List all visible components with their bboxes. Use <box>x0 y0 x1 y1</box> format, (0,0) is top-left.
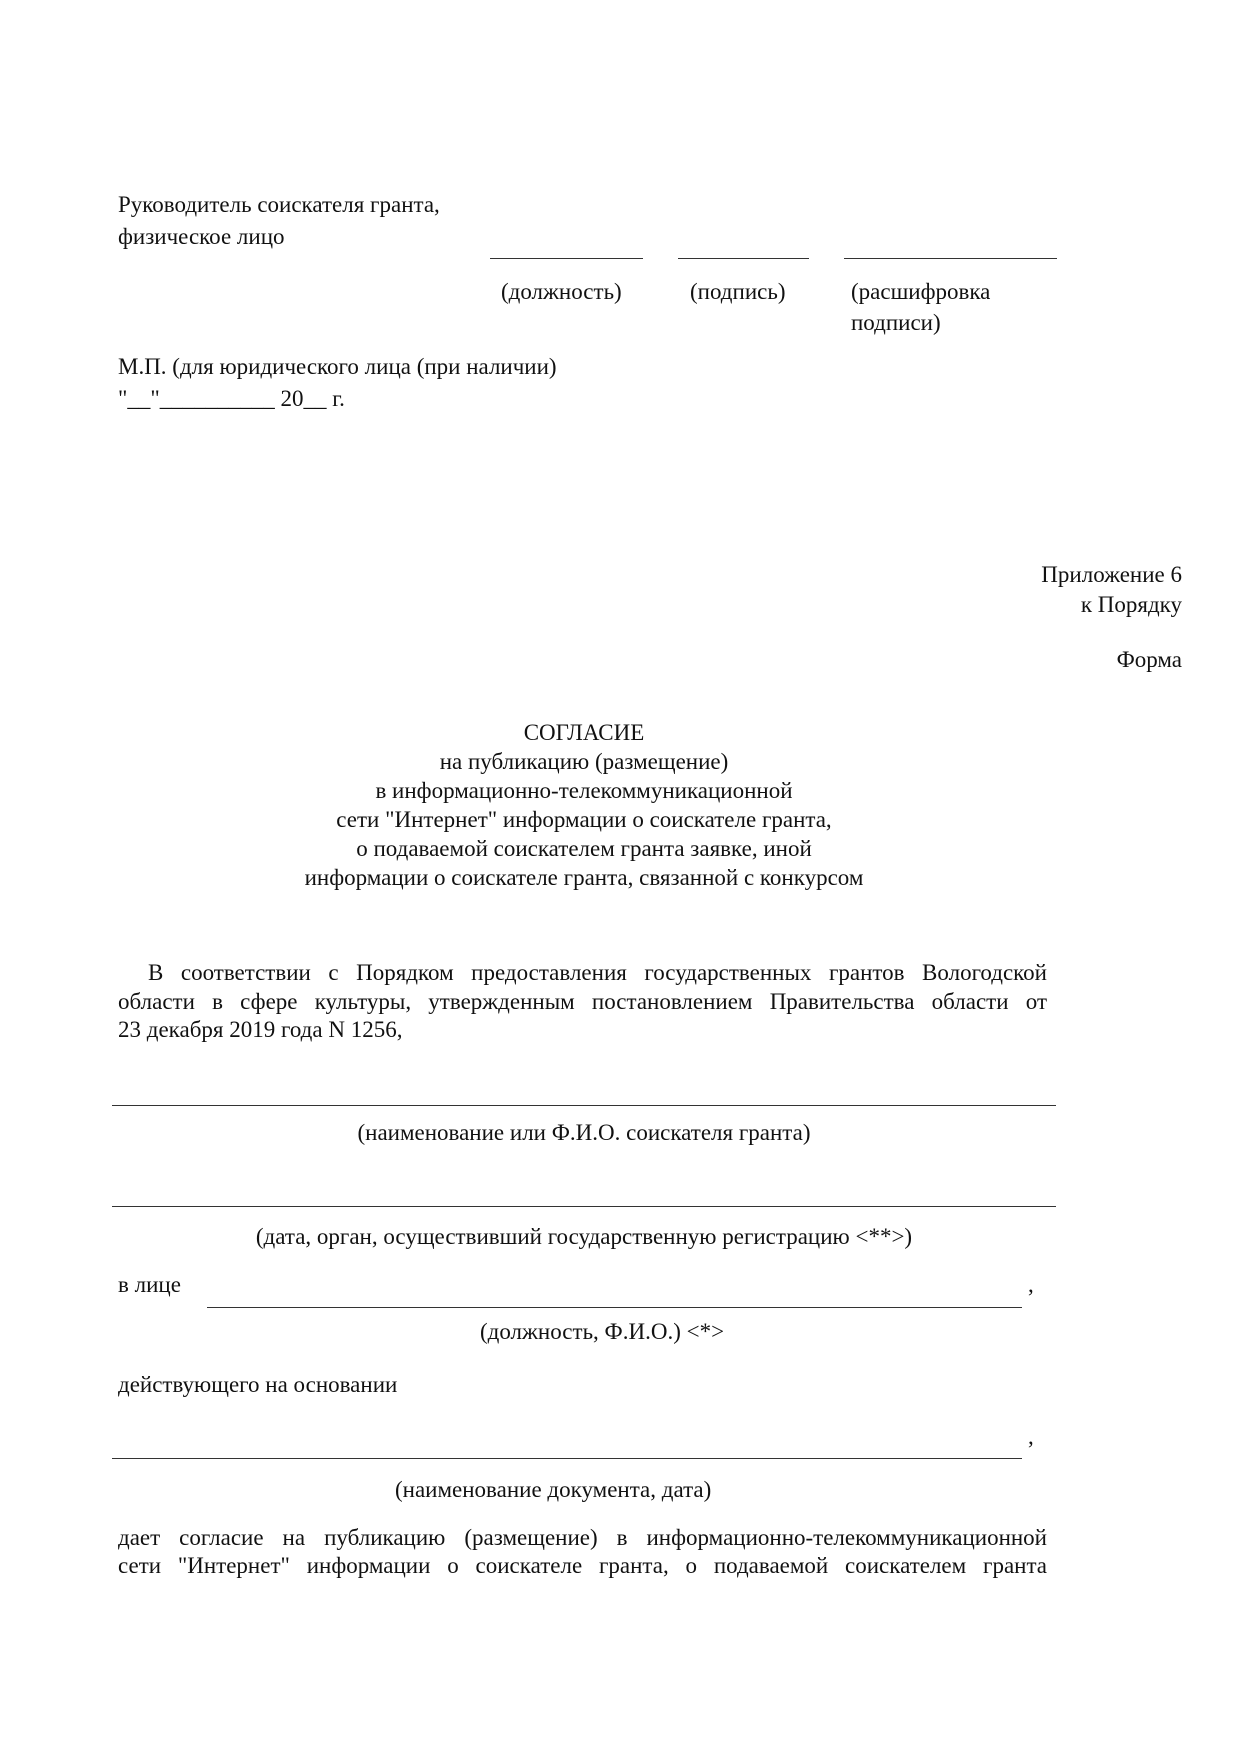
appendix-line2: к Порядку <box>1081 591 1182 619</box>
date-line: "__"__________ 20__ г. <box>118 385 345 413</box>
intro-line: 23 декабря 2019 года N 1256, <box>118 1016 1047 1045</box>
registration-field[interactable] <box>112 1206 1056 1207</box>
represented-by-prefix: в лице <box>118 1271 181 1299</box>
intro-paragraph: В соответствии с Порядком предоставления… <box>118 959 1047 1045</box>
stamp-note: М.П. (для юридического лица (при наличии… <box>118 353 557 381</box>
registration-label: (дата, орган, осуществивший государствен… <box>112 1223 1056 1251</box>
title-main: СОГЛАСИЕ <box>184 718 984 747</box>
document-label: (наименование документа, дата) <box>395 1476 711 1504</box>
decryption-label-line1: (расшифровка <box>851 278 990 306</box>
consent-line: сети "Интернет" информации о соискателе … <box>118 1552 1047 1580</box>
decryption-label-line2: подписи) <box>851 309 941 337</box>
intro-line: области в сфере культуры, утвержденным п… <box>118 988 1047 1017</box>
appendix-line1: Приложение 6 <box>1041 561 1182 589</box>
title-line: о подаваемой соискателем гранта заявке, … <box>184 834 984 863</box>
acting-basis-prefix: действующего на основании <box>118 1371 397 1399</box>
position-signature-line[interactable] <box>490 258 643 259</box>
position-label: (должность) <box>501 278 622 306</box>
acting-basis-field[interactable] <box>112 1458 1022 1459</box>
intro-line: В соответствии с Порядком предоставления… <box>118 959 1047 988</box>
represented-by-comma: , <box>1028 1271 1034 1299</box>
title-line: на публикацию (размещение) <box>184 747 984 776</box>
title-line: сети "Интернет" информации о соискателе … <box>184 805 984 834</box>
applicant-name-field[interactable] <box>112 1105 1056 1106</box>
signature-line[interactable] <box>678 258 809 259</box>
position-name-label: (должность, Ф.И.О.) <*> <box>480 1318 724 1346</box>
signature-label: (подпись) <box>690 278 785 306</box>
form-label: Форма <box>1117 646 1182 674</box>
title-line: информации о соискателе гранта, связанно… <box>184 863 984 892</box>
represented-by-field[interactable] <box>207 1307 1022 1308</box>
head-title-line1: Руководитель соискателя гранта, <box>118 191 440 219</box>
document-title: СОГЛАСИЕ на публикацию (размещение) в ин… <box>184 718 984 892</box>
acting-basis-comma: , <box>1028 1423 1034 1451</box>
title-line: в информационно-телекоммуникационной <box>184 776 984 805</box>
consent-paragraph: дает согласие на публикацию (размещение)… <box>118 1524 1047 1579</box>
signature-decryption-line[interactable] <box>844 258 1057 259</box>
head-title-line2: физическое лицо <box>118 223 285 251</box>
applicant-name-label: (наименование или Ф.И.О. соискателя гран… <box>112 1119 1056 1147</box>
consent-line: дает согласие на публикацию (размещение)… <box>118 1524 1047 1552</box>
